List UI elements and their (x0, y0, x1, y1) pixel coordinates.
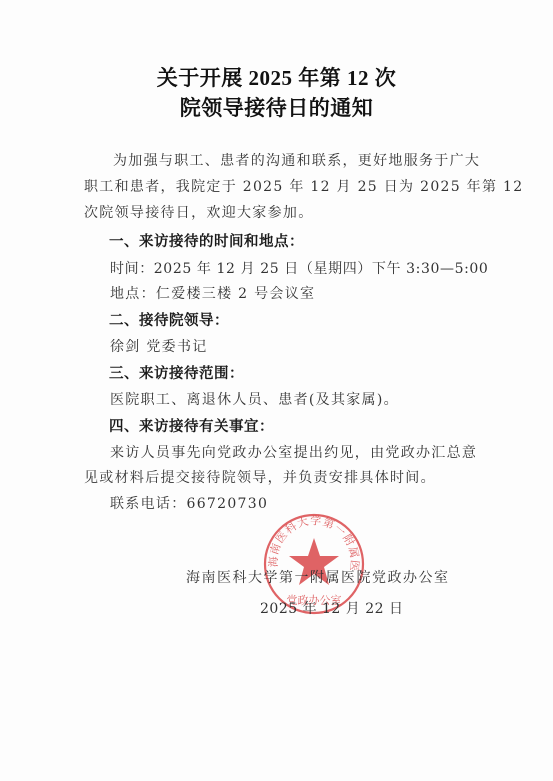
signature-organization: 海南医科大学第一附属医院党政办公室 (186, 567, 450, 587)
visit-location: 地点：仁爱楼三楼 2 号会议室 (110, 283, 315, 303)
section-heading-leader: 二、接待院领导： (109, 309, 229, 330)
section-heading-scope: 三、来访接待范围： (109, 362, 244, 383)
leader-name: 徐剑 党委书记 (110, 336, 208, 356)
contact-phone: 联系电话：66720730 (110, 493, 268, 513)
scope-text: 医院职工、离退休人员、患者(及其家属)。 (110, 389, 399, 409)
document-title-line-2: 院领导接待日的通知 (0, 92, 553, 122)
intro-line-3: 次院领导接待日，欢迎大家参加。 (84, 202, 314, 222)
signature-date: 2025 年 12 月 22 日 (260, 598, 404, 618)
matters-line-1: 来访人员事先向党政办公室提出约见，由党政办汇总意 (110, 442, 477, 462)
intro-line-2: 职工和患者，我院定于 2025 年 12 月 25 日为 2025 年第 12 (84, 176, 523, 196)
matters-line-2: 见或材料后提交接待院领导，并负责安排具体时间。 (84, 467, 436, 487)
section-heading-matters: 四、来访接待有关事宜： (109, 415, 274, 436)
intro-line-1: 为加强与职工、患者的沟通和联系，更好地服务于广大 (113, 150, 480, 170)
document-title-line-1: 关于开展 2025 年第 12 次 (0, 62, 553, 92)
section-heading-time-place: 一、来访接待的时间和地点： (109, 230, 304, 251)
visit-time: 时间：2025 年 12 月 25 日（星期四）下午 3:30—5:00 (110, 258, 488, 278)
document-page: 关于开展 2025 年第 12 次 院领导接待日的通知 为加强与职工、患者的沟通… (0, 0, 553, 781)
